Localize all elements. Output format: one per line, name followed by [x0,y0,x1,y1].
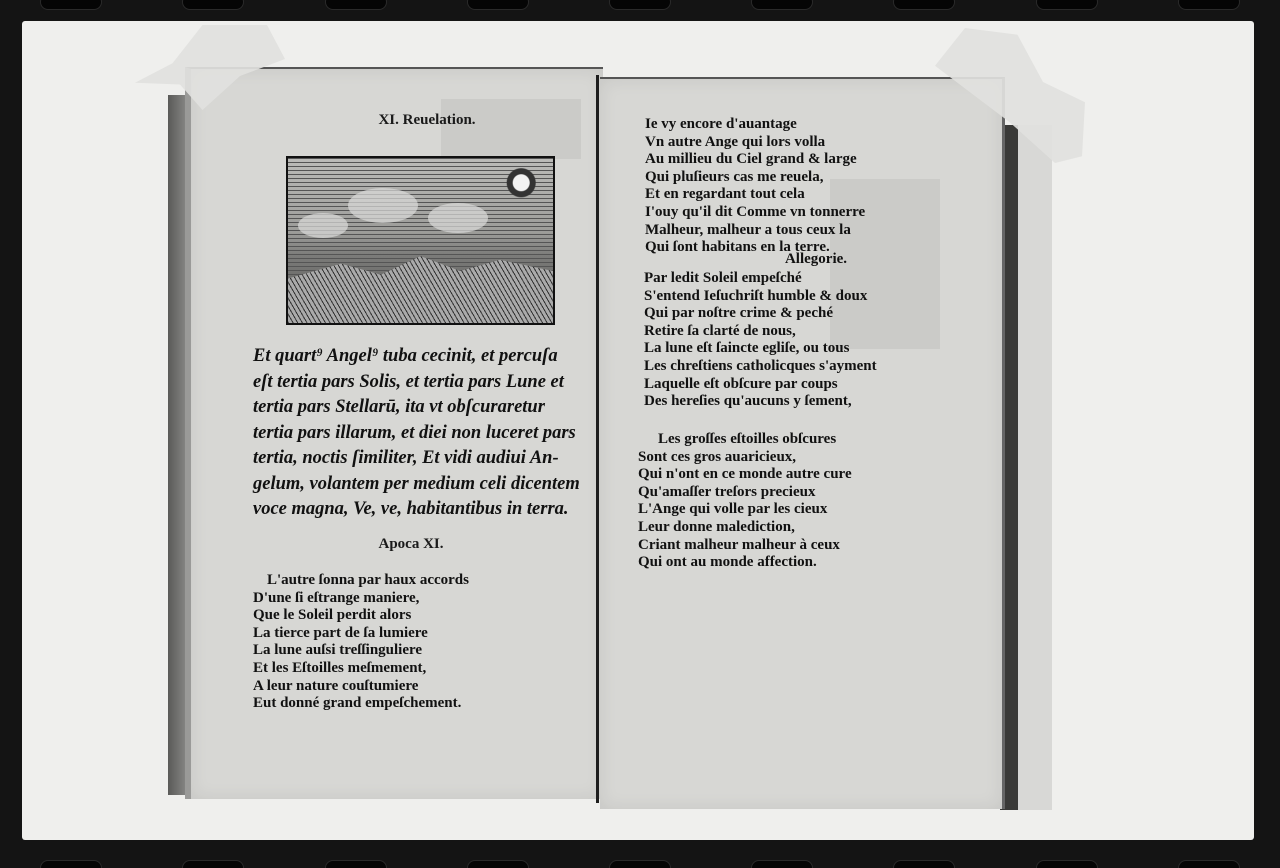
book-cover-edge-right [1000,125,1052,810]
latin-line: tertia pars Stellarū, ita vt obſcuraretu… [253,395,583,421]
french-verse-right-2: Par ledit Soleil empeſché S'entend Ieſuc… [644,270,877,411]
verse-line: Eut donné grand empeſchement. [253,695,469,713]
verse-line: Leur donne malediction, [638,519,852,537]
woodcut-illustration [286,156,555,325]
right-page: Ie vy encore d'auantage Vn autre Ange qu… [600,77,1005,809]
verse-line: Criant malheur malheur à ceux [638,537,852,555]
verse-line: Des hereſies qu'aucuns y ſement, [644,393,877,411]
verse-line: Vn autre Ange qui lors volla [645,134,865,152]
verse-line: S'entend Ieſuchriſt humble & doux [644,288,877,306]
verse-line: Qui ont au monde affection. [638,554,852,572]
verse-line: Qui n'ont en ce monde autre cure [638,466,852,484]
verse-line: I'ouy qu'il dit Comme vn tonnerre [645,204,865,222]
verse-line: La lune eſt ſaincte egliſe, ou tous [644,340,877,358]
verse-line: Sont ces gros auaricieux, [638,449,852,467]
verse-line: Ie vy encore d'auantage [645,116,865,134]
verse-line: Les chreſtiens catholicques s'ayment [644,358,877,376]
latin-line: voce magna, Ve, ve, habitantibus in terr… [253,497,583,523]
latin-line: eſt tertia pars Solis, et tertia pars Lu… [253,370,583,396]
french-verse-right-1: Ie vy encore d'auantage Vn autre Ange qu… [645,116,865,257]
verse-line: Par ledit Soleil empeſché [644,270,877,288]
film-sprocket-row-top [0,0,1280,8]
verse-line: Et en regardant tout cela [645,186,865,204]
verse-line: Malheur, malheur a tous ceux la [645,222,865,240]
verse-line: Qui par noſtre crime & peché [644,305,877,323]
section-label: Apoca XI. [191,536,603,553]
verse-line: Les groſſes eſtoilles obſcures [638,431,852,449]
verse-line: Que le Soleil perdit alors [253,607,469,625]
verse-line: Laquelle eſt obſcure par coups [644,376,877,394]
latin-line: tertia, noctis ſimiliter, Et vidi audiui… [253,446,583,472]
french-verse-left: L'autre ſonna par haux accords D'une ſi … [253,572,469,713]
latin-line: tertia pars illarum, et diei non luceret… [253,421,583,447]
verse-line: Et les Eſtoilles meſmement, [253,660,469,678]
verse-line: Qui pluſieurs cas me reuela, [645,169,865,187]
verse-line: L'Ange qui volle par les cieux [638,501,852,519]
verse-line: L'autre ſonna par haux accords [253,572,469,590]
allegorie-heading: Allegorie. [600,251,1002,268]
latin-scripture-passage: Et quart⁹ Angel⁹ tuba cecinit, et percuſ… [253,344,583,523]
verse-line: Au millieu du Ciel grand & large [645,151,865,169]
running-head: XI. Reuelation. [191,112,603,129]
latin-line: Et quart⁹ Angel⁹ tuba cecinit, et percuſ… [253,344,583,370]
film-sprocket-row-bottom [0,860,1280,868]
verse-line: D'une ſi eſtrange maniere, [253,590,469,608]
verse-line: Retire ſa clarté de nous, [644,323,877,341]
verse-line: A leur nature couſtumiere [253,678,469,696]
latin-line: gelum, volantem per medium celi dicentem [253,472,583,498]
verse-line: La lune auſsi treſſinguliere [253,642,469,660]
book-gutter [596,75,599,803]
verse-line: Qu'amaſſer treſors precieux [638,484,852,502]
left-page: XI. Reuelation. Et quart⁹ Angel⁹ tuba ce… [185,67,603,799]
french-verse-right-3: Les groſſes eſtoilles obſcures Sont ces … [638,431,852,572]
verse-line: La tierce part de ſa lumiere [253,625,469,643]
